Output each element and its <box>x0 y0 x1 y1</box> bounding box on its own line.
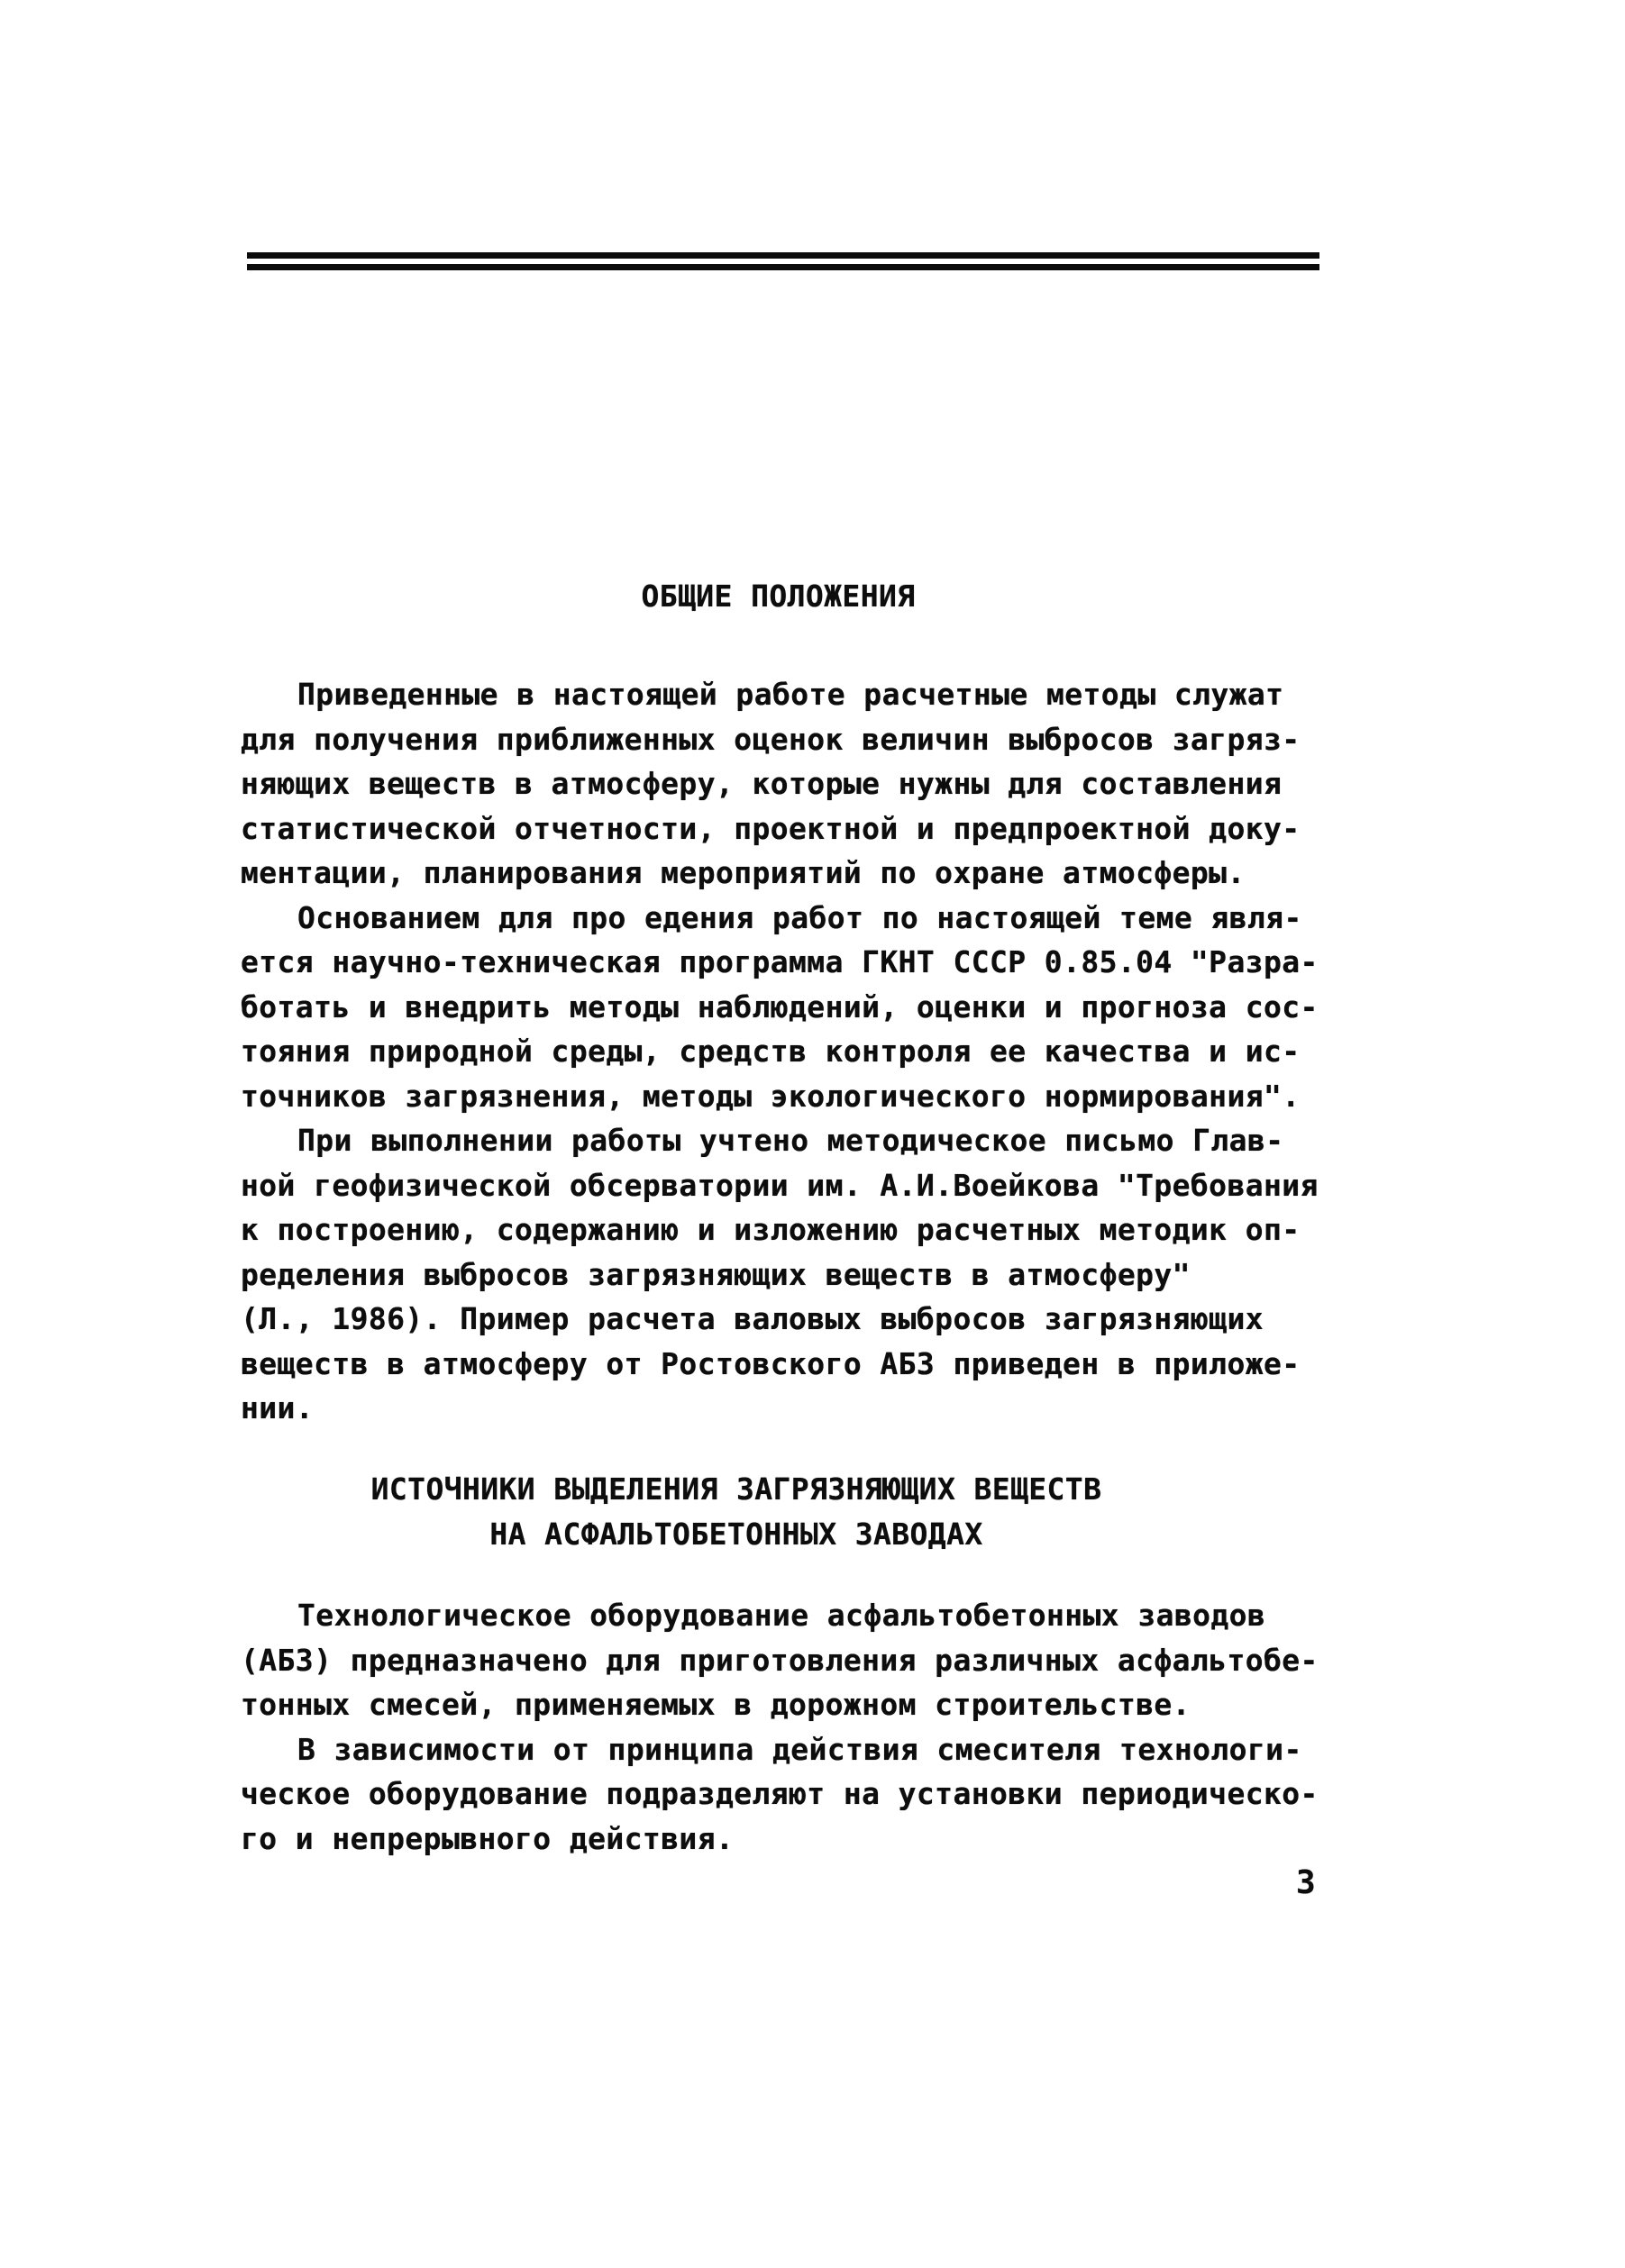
double-rule-divider <box>247 252 1319 270</box>
intro-text-block: Приведенные в настоящей работе расчетные… <box>241 672 1336 1431</box>
scanned-page: ОБЩИЕ ПОЛОЖЕНИЯ Приведенные в настоящей … <box>0 0 1625 2268</box>
paragraph: Приведенные в настоящей работе расчетные… <box>241 672 1336 896</box>
document-title: ОБЩИЕ ПОЛОЖЕНИЯ <box>241 574 1316 619</box>
section-text-block: Технологическое оборудование асфальтобет… <box>241 1593 1336 1861</box>
section-heading: ИСТОЧНИКИ ВЫДЕЛЕНИЯ ЗАГРЯЗНЯЮЩИХ ВЕЩЕСТВ… <box>241 1467 1232 1556</box>
page-number: 3 <box>1296 1865 1316 1901</box>
paragraph: При выполнении работы учтено методическо… <box>241 1118 1336 1431</box>
paragraph: Технологическое оборудование асфальтобет… <box>241 1593 1336 1727</box>
paragraph: В зависимости от принципа действия смеси… <box>241 1727 1336 1862</box>
paragraph: Основанием для про едения работ по насто… <box>241 896 1336 1119</box>
